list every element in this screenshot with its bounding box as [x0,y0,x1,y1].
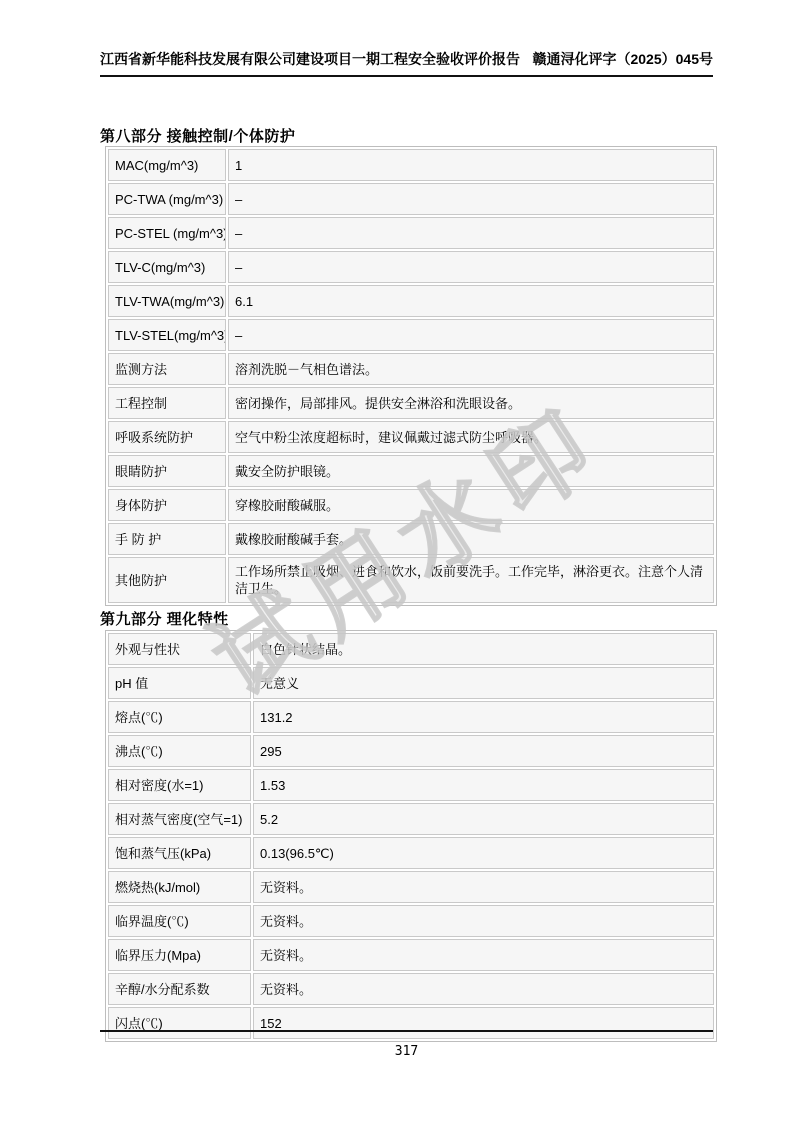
property-value: 空气中粉尘浓度超标时，建议佩戴过滤式防尘呼吸器。 [228,421,714,453]
property-value: 5.2 [253,803,714,835]
page-number: 317 [100,1044,713,1059]
property-label: 熔点(℃) [108,701,251,733]
table-row: 临界温度(℃)无资料。 [108,905,714,937]
property-label: 饱和蒸气压(kPa) [108,837,251,869]
table-row: 饱和蒸气压(kPa)0.13(96.5℃) [108,837,714,869]
table-row: 沸点(℃)295 [108,735,714,767]
property-value: 戴安全防护眼镜。 [228,455,714,487]
table-row: 外观与性状白色针状结晶。 [108,633,714,665]
property-label: 沸点(℃) [108,735,251,767]
property-value: 1.53 [253,769,714,801]
property-label: MAC(mg/m^3) [108,149,226,181]
table-row: 眼睛防护戴安全防护眼镜。 [108,455,714,487]
page-header: 江西省新华能科技发展有限公司建设项目一期工程安全验收评价报告 赣通浔化评字（20… [100,50,713,77]
property-label: pH 值 [108,667,251,699]
table-row: 工程控制密闭操作，局部排风。提供安全淋浴和洗眼设备。 [108,387,714,419]
property-label: 身体防护 [108,489,226,521]
property-label: PC-TWA (mg/m^3) [108,183,226,215]
section-8-title: 第八部分 接触控制/个体防护 [100,125,295,146]
property-label: 工程控制 [108,387,226,419]
property-label: TLV-C(mg/m^3) [108,251,226,283]
table-row: 呼吸系统防护空气中粉尘浓度超标时，建议佩戴过滤式防尘呼吸器。 [108,421,714,453]
property-label: TLV-TWA(mg/m^3) [108,285,226,317]
property-value: 穿橡胶耐酸碱服。 [228,489,714,521]
property-value: – [228,319,714,351]
property-value: 无资料。 [253,905,714,937]
property-label: 眼睛防护 [108,455,226,487]
property-label: 辛醇/水分配系数 [108,973,251,1005]
property-label: 呼吸系统防护 [108,421,226,453]
property-label: 临界压力(Mpa) [108,939,251,971]
property-value: – [228,183,714,215]
property-value: 无意义 [253,667,714,699]
property-value: 6.1 [228,285,714,317]
header-doc-number: 赣通浔化评字（2025）045号 [532,50,713,68]
property-value: 131.2 [253,701,714,733]
property-label: 手 防 护 [108,523,226,555]
table-row: pH 值无意义 [108,667,714,699]
table-row: 辛醇/水分配系数无资料。 [108,973,714,1005]
property-value: 152 [253,1007,714,1039]
property-value: 溶剂洗脱－气相色谱法。 [228,353,714,385]
exposure-control-table: MAC(mg/m^3)1PC-TWA (mg/m^3)–PC-STEL (mg/… [105,146,717,606]
property-value: 工作场所禁止吸烟、进食和饮水，饭前要洗手。工作完毕，淋浴更衣。注意个人清洁卫生。 [228,557,714,603]
table-row: TLV-C(mg/m^3)– [108,251,714,283]
document-page: 江西省新华能科技发展有限公司建设项目一期工程安全验收评价报告 赣通浔化评字（20… [0,0,793,1122]
section-9-title: 第九部分 理化特性 [100,608,229,629]
table-row: 熔点(℃)131.2 [108,701,714,733]
table-row: 其他防护工作场所禁止吸烟、进食和饮水，饭前要洗手。工作完毕，淋浴更衣。注意个人清… [108,557,714,603]
property-label: 外观与性状 [108,633,251,665]
table-row: 手 防 护戴橡胶耐酸碱手套。 [108,523,714,555]
table-row: MAC(mg/m^3)1 [108,149,714,181]
table-row: TLV-STEL(mg/m^3)– [108,319,714,351]
table-row: TLV-TWA(mg/m^3)6.1 [108,285,714,317]
table-row: PC-STEL (mg/m^3)– [108,217,714,249]
property-value: – [228,251,714,283]
table-row: 监测方法溶剂洗脱－气相色谱法。 [108,353,714,385]
property-label: 其他防护 [108,557,226,603]
property-label: 相对蒸气密度(空气=1) [108,803,251,835]
property-value: 0.13(96.5℃) [253,837,714,869]
property-value: 无资料。 [253,939,714,971]
property-label: 燃烧热(kJ/mol) [108,871,251,903]
table-row: 身体防护穿橡胶耐酸碱服。 [108,489,714,521]
table-row: PC-TWA (mg/m^3)– [108,183,714,215]
table-row: 闪点(℃)152 [108,1007,714,1039]
property-value: 戴橡胶耐酸碱手套。 [228,523,714,555]
property-label: TLV-STEL(mg/m^3) [108,319,226,351]
physical-properties-table: 外观与性状白色针状结晶。pH 值无意义熔点(℃)131.2沸点(℃)295相对密… [105,630,717,1042]
property-value: 密闭操作，局部排风。提供安全淋浴和洗眼设备。 [228,387,714,419]
property-label: 闪点(℃) [108,1007,251,1039]
property-label: 临界温度(℃) [108,905,251,937]
property-value: 白色针状结晶。 [253,633,714,665]
property-value: 295 [253,735,714,767]
table-row: 燃烧热(kJ/mol)无资料。 [108,871,714,903]
property-value: 无资料。 [253,973,714,1005]
property-value: 1 [228,149,714,181]
property-value: – [228,217,714,249]
table-row: 临界压力(Mpa)无资料。 [108,939,714,971]
property-label: 相对密度(水=1) [108,769,251,801]
property-label: PC-STEL (mg/m^3) [108,217,226,249]
footer-divider [100,1030,713,1032]
header-report-title: 江西省新华能科技发展有限公司建设项目一期工程安全验收评价报告 [100,50,520,68]
table-row: 相对蒸气密度(空气=1)5.2 [108,803,714,835]
property-value: 无资料。 [253,871,714,903]
table-row: 相对密度(水=1)1.53 [108,769,714,801]
property-label: 监测方法 [108,353,226,385]
